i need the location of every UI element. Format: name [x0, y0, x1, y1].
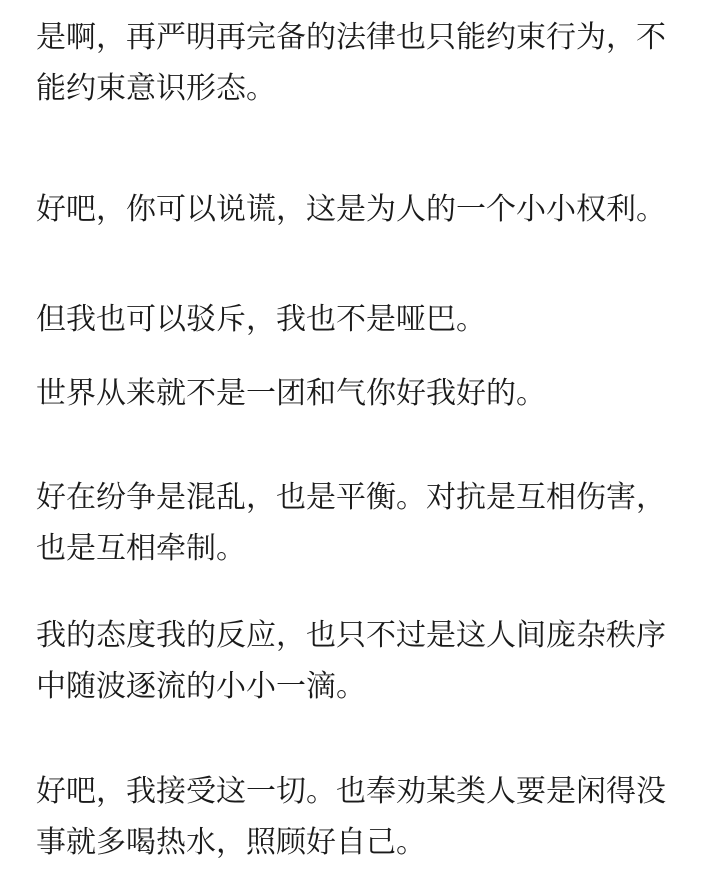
paragraph-5: 好在纷争是混乱，也是平衡。对抗是互相伤害，也是互相牵制。 — [36, 472, 686, 574]
paragraph-4: 世界从来就不是一团和气你好我好的。 — [36, 368, 686, 419]
article-page: 是啊，再严明再完备的法律也只能约束行为，不能约束意识形态。 好吧，你可以说谎，这… — [0, 0, 716, 894]
paragraph-1: 是啊，再严明再完备的法律也只能约束行为，不能约束意识形态。 — [36, 12, 686, 114]
paragraph-3: 但我也可以驳斥，我也不是哑巴。 — [36, 294, 686, 345]
paragraph-7: 好吧，我接受这一切。也奉劝某类人要是闲得没事就多喝热水，照顾好自己。 — [36, 766, 686, 868]
paragraph-2: 好吧，你可以说谎，这是为人的一个小小权利。 — [36, 184, 686, 235]
paragraph-6: 我的态度我的反应，也只不过是这人间庞杂秩序中随波逐流的小小一滴。 — [36, 610, 686, 712]
